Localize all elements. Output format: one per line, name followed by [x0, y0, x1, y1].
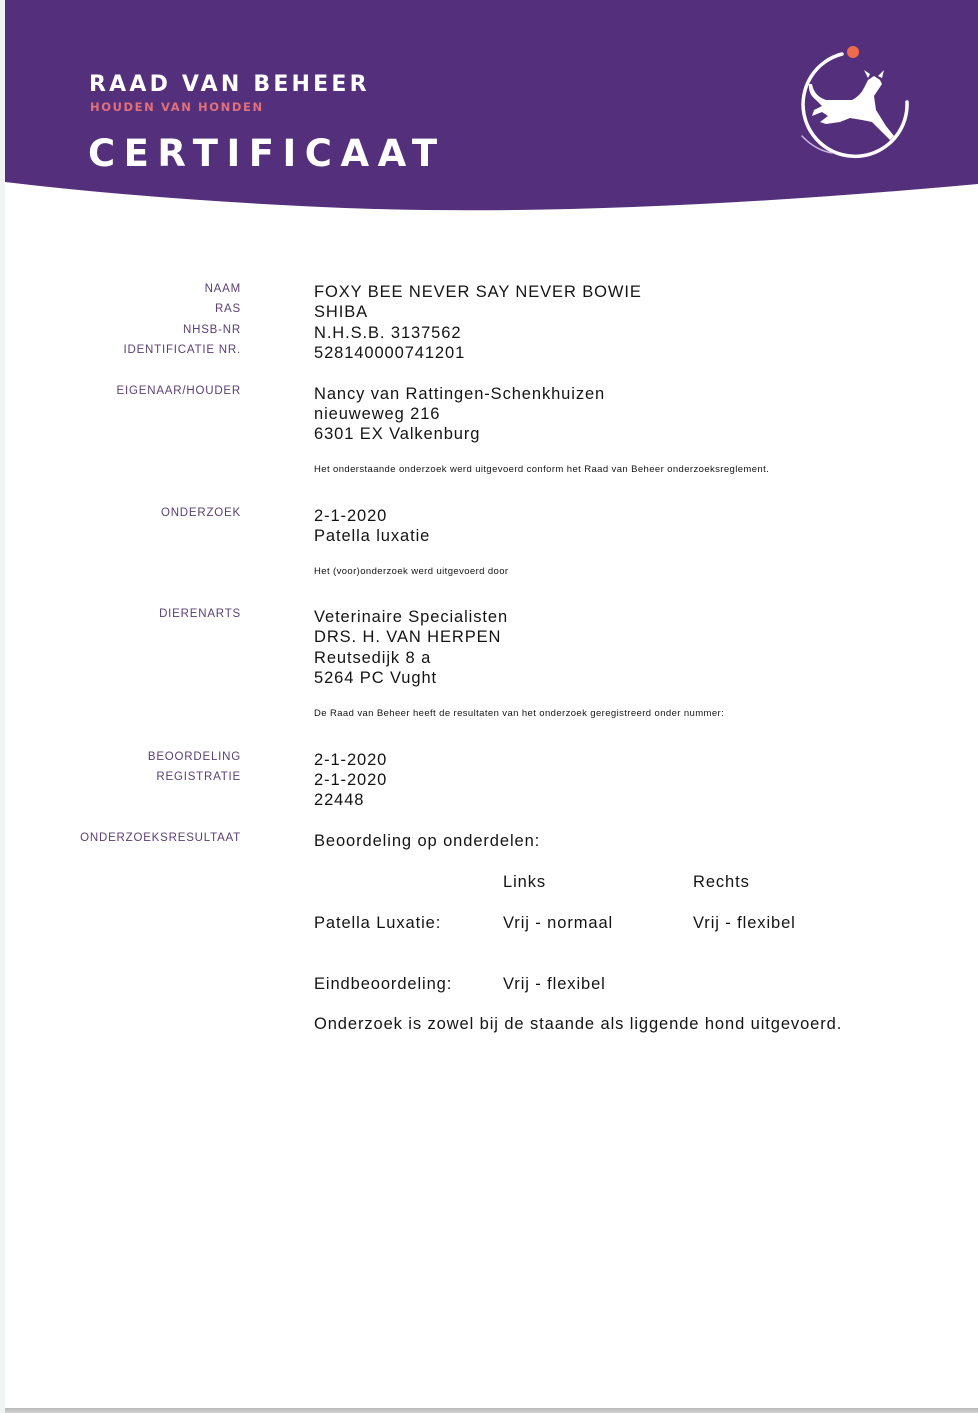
vet-name: DRS. H. VAN HERPEN — [314, 627, 501, 647]
registration-number: 22448 — [314, 790, 364, 810]
dog-name: FOXY BEE NEVER SAY NEVER BOWIE — [314, 282, 642, 302]
examination-type: Patella luxatie — [314, 526, 430, 546]
note-registered: De Raad van Beheer heeft de resultaten v… — [314, 708, 724, 719]
label-nhsb: NHSB-NR — [183, 324, 241, 336]
note-conform: Het onderstaande onderzoek werd uitgevoe… — [314, 464, 769, 475]
result-row-left: Vrij - normaal — [503, 913, 613, 933]
final-assessment-label: Eindbeoordeling: — [314, 974, 452, 994]
result-row-right: Vrij - flexibel — [693, 913, 796, 933]
result-row-name: Patella Luxatie: — [314, 913, 441, 933]
result-intro: Beoordeling op onderdelen: — [314, 831, 540, 851]
vet-street: Reutsedijk 8 a — [314, 648, 431, 668]
dog-id: 528140000741201 — [314, 343, 465, 363]
dog-breed: SHIBA — [314, 302, 368, 322]
result-remark: Onderzoek is zowel bij de staande als li… — [314, 1014, 842, 1034]
page-edge — [5, 1408, 978, 1413]
label-examination: ONDERZOEK — [161, 507, 241, 519]
label-result: ONDERZOEKSRESULTAAT — [80, 832, 241, 844]
jumping-dog-logo-icon — [790, 40, 920, 165]
label-vet: DIERENARTS — [159, 608, 241, 620]
page-title: CERTIFICAAT — [88, 132, 446, 175]
vet-practice: Veterinaire Specialisten — [314, 607, 508, 627]
label-registration: REGISTRATIE — [156, 771, 241, 783]
brand-tagline: HOUDEN VAN HONDEN — [90, 100, 264, 114]
registration-date: 2-1-2020 — [314, 770, 387, 790]
owner-city: 6301 EX Valkenburg — [314, 424, 480, 444]
result-column-left: Links — [503, 872, 546, 892]
final-assessment-value: Vrij - flexibel — [503, 974, 606, 994]
label-breed: RAS — [215, 303, 241, 315]
examination-date: 2-1-2020 — [314, 506, 387, 526]
owner-name: Nancy van Rattingen-Schenkhuizen — [314, 384, 605, 404]
brand-name: RAAD VAN BEHEER — [89, 72, 370, 97]
note-performed-by: Het (voor)onderzoek werd uitgevoerd door — [314, 566, 508, 577]
dog-nhsb: N.H.S.B. 3137562 — [314, 323, 461, 343]
vet-city: 5264 PC Vught — [314, 668, 437, 688]
label-assessment: BEOORDELING — [148, 751, 241, 763]
label-name: NAAM — [205, 283, 241, 295]
assessment-date: 2-1-2020 — [314, 750, 387, 770]
owner-street: nieuweweg 216 — [314, 404, 440, 424]
label-owner: EIGENAAR/HOUDER — [117, 385, 241, 397]
result-column-right: Rechts — [693, 872, 750, 892]
label-id: IDENTIFICATIE NR. — [123, 344, 241, 356]
